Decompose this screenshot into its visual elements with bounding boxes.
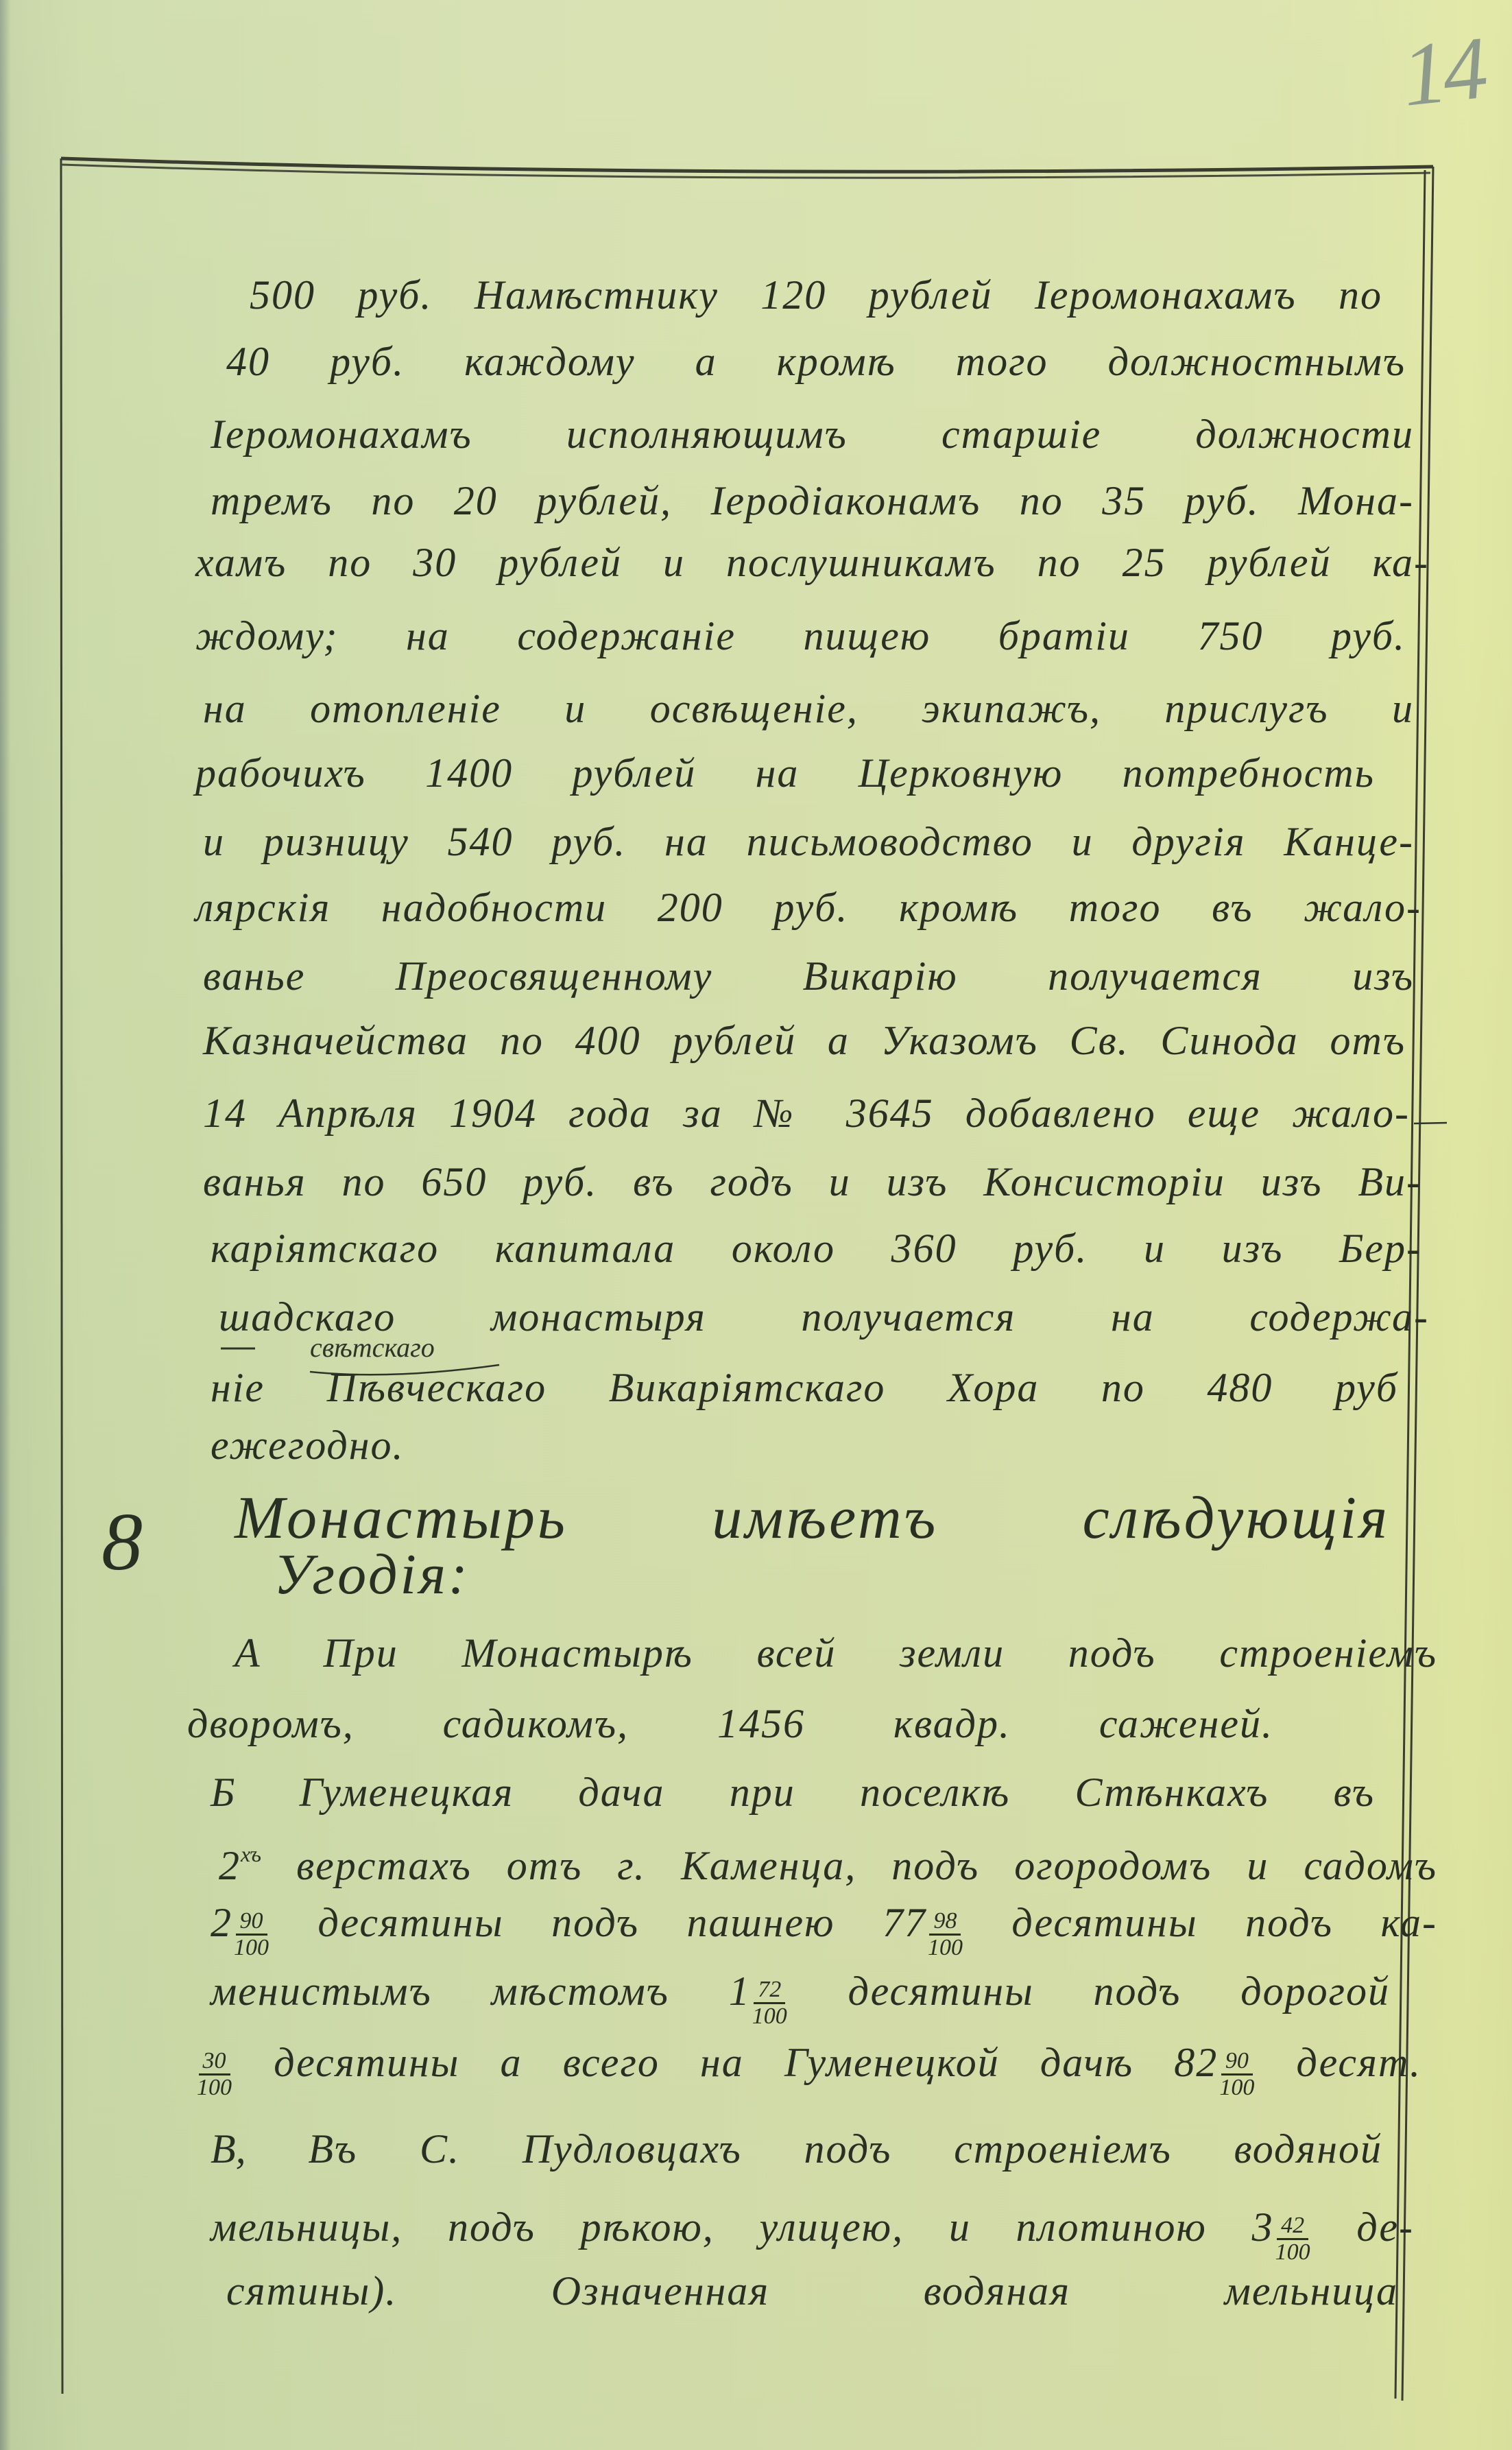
fraction-denominator: 100	[197, 2076, 232, 2100]
border-left-line	[61, 158, 62, 2394]
text-line: 14 Апрѣля 1904 года за № 3645 добавлено …	[203, 1086, 1410, 1141]
text-segment: верстахъ отъ г. Каменца, подъ огородомъ …	[296, 1843, 1437, 1888]
list-item-b: Б Гуменецкая дача при поселкѣ Стѣнкахъ в…	[211, 1765, 1375, 1820]
text-line: на отопленіе и освѣщеніе, экипажъ, присл…	[203, 681, 1414, 736]
fraction-numerator: 72	[754, 1977, 785, 2004]
list-item-c: В, Въ С. Пудловцахъ подъ строеніемъ водя…	[211, 2121, 1382, 2176]
text-segment: мельницы, подъ рѣкою, улицею, и плотиною…	[211, 2204, 1274, 2250]
fraction-numerator: 42	[1277, 2213, 1308, 2240]
text-line: 290100 десятины подъ пашнею 7798100 деся…	[211, 1895, 1437, 1950]
text-line: Казначейства по 400 рублей а Указомъ Св.…	[203, 1013, 1406, 1068]
text-line: ніе Пѣвческаго Викаріятскаго Хора по 480…	[211, 1360, 1398, 1415]
text-segment: десятины подъ дорогой	[848, 1969, 1390, 2014]
fraction: 98100	[928, 1909, 963, 1960]
item-text: Въ С. Пудловцахъ подъ строеніемъ водяной	[308, 2126, 1382, 2172]
fraction-denominator: 100	[752, 2004, 787, 2029]
text-line: и ризницу 540 руб. на письмоводство и др…	[203, 814, 1414, 869]
text-segment: де-	[1356, 2204, 1414, 2250]
text-segment: десятины а всего на Гуменецкой дачѣ 82	[274, 2040, 1218, 2085]
item-marker: А	[235, 1630, 260, 1676]
text-segment: 2	[219, 1843, 241, 1888]
fraction-denominator: 100	[928, 1936, 963, 1960]
fraction-denominator: 100	[234, 1936, 269, 1960]
text-segment: 2	[211, 1900, 232, 1945]
fraction-numerator: 30	[199, 2049, 230, 2076]
item-text: При Монастырѣ всей земли подъ строеніемъ	[323, 1630, 1437, 1676]
text-line: 30100 десятины а всего на Гуменецкой дач…	[195, 2035, 1421, 2090]
fraction: 30100	[197, 2049, 232, 2100]
folio-page-number: 14	[1397, 16, 1488, 128]
text-segment: десятины подъ пашнею 77	[317, 1900, 926, 1945]
list-item-a: А При Монастырѣ всей земли подъ строеніе…	[235, 1626, 1437, 1680]
section-heading-continued: Угодія:	[274, 1537, 470, 1613]
text-segment: десят.	[1297, 2040, 1422, 2085]
fraction: 90100	[1219, 2049, 1254, 2100]
fraction-denominator: 100	[1275, 2240, 1310, 2265]
text-line: 40 руб. каждому а кромѣ того должностным…	[226, 334, 1406, 389]
text-line: ежегодно.	[211, 1418, 405, 1473]
text-line: менистымъ мѣстомъ 172100 десятины подъ д…	[211, 1964, 1390, 2019]
fraction-denominator: 100	[1219, 2076, 1254, 2100]
fraction-numerator: 90	[236, 1909, 267, 1936]
text-line: хамъ по 30 рублей и послушникамъ по 25 р…	[195, 535, 1429, 590]
fraction: 90100	[234, 1909, 269, 1960]
text-line: ванья по 650 руб. въ годъ и изъ Консисто…	[203, 1154, 1421, 1209]
item-text: Гуменецкая дача при поселкѣ Стѣнкахъ въ	[300, 1770, 1375, 1815]
text-line: лярскія надобности 200 руб. кромѣ того в…	[195, 880, 1421, 935]
fraction-numerator: 90	[1221, 2049, 1253, 2076]
fraction: 72100	[752, 1977, 787, 2029]
text-line: дворомъ, садикомъ, 1456 квадр. саженей.	[187, 1696, 1273, 1751]
text-line: сятины). Означенная водяная мельница	[226, 2263, 1398, 2318]
text-segment: десятины подъ ка-	[1011, 1900, 1437, 1945]
fraction-numerator: 98	[929, 1909, 961, 1936]
text-segment: менистымъ мѣстомъ 1	[211, 1969, 751, 2014]
overflow-hyphen	[1414, 1123, 1447, 1123]
fraction: 42100	[1275, 2213, 1310, 2265]
superscript: хъ	[241, 1842, 261, 1866]
text-line: тремъ по 20 рублей, Іеродіаконамъ по 35 …	[211, 473, 1414, 528]
item-marker: Б	[211, 1770, 235, 1815]
text-line: каріятскаго капитала около 360 руб. и из…	[211, 1221, 1421, 1276]
item-marker: В,	[211, 2126, 246, 2172]
section-number: 8	[101, 1494, 143, 1590]
text-line: ванье Преосвященному Викарію получается …	[203, 949, 1414, 1003]
text-line: 500 руб. Намѣстнику 120 рублей Іеромонах…	[250, 267, 1382, 322]
text-line: рабочихъ 1400 рублей на Церковную потреб…	[195, 746, 1375, 800]
text-line: 2хъ верстахъ отъ г. Каменца, подъ огород…	[219, 1827, 1437, 1881]
text-line: ждому; на содержаніе пищею братіи 750 ру…	[195, 608, 1406, 663]
text-line: Іеромонахамъ исполняющимъ старшіе должно…	[211, 407, 1414, 462]
text-line: мельницы, подъ рѣкою, улицею, и плотиною…	[211, 2200, 1414, 2255]
